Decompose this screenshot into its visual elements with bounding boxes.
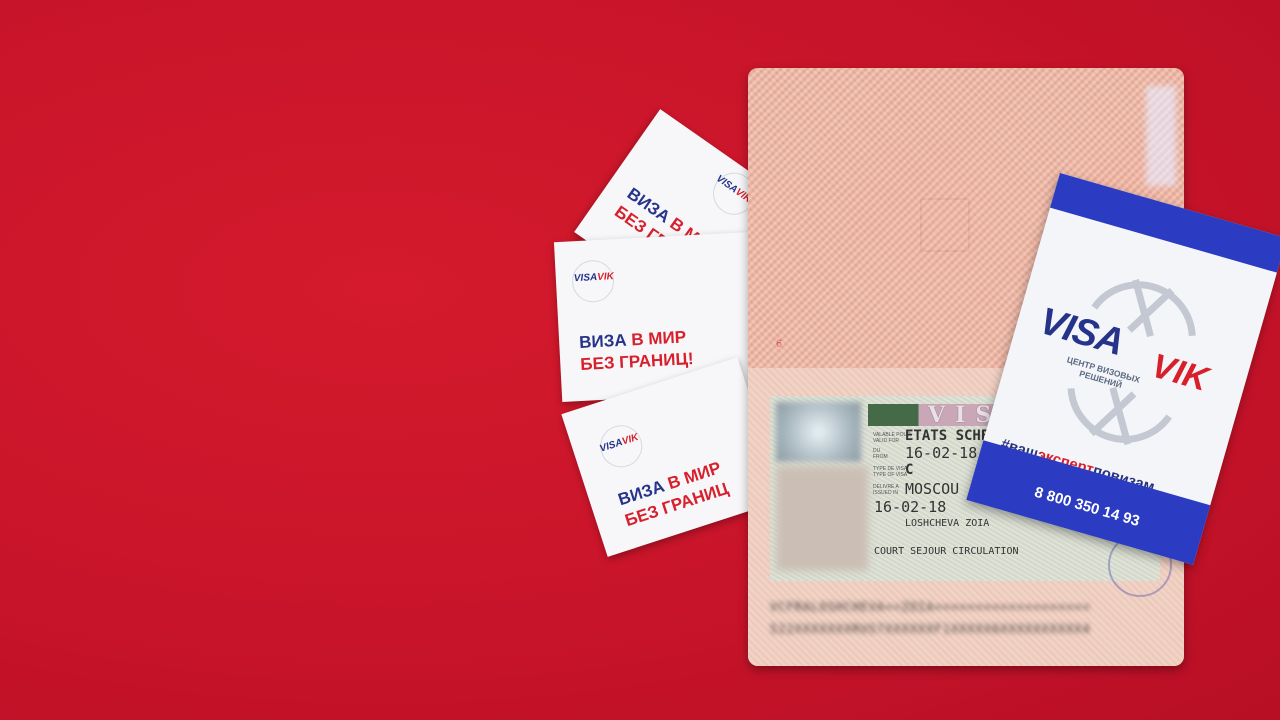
visa-hologram: [776, 402, 861, 462]
visa-remarks: COURT SEJOUR CIRCULATION: [874, 546, 1019, 557]
card-slogan-line1: ВИЗА В МИР: [579, 327, 687, 353]
holder-photo-blurred: [776, 466, 868, 571]
mrz-line-2: 522XXXXXXXRUS7XXXXXXF1XXXXX6XXXXXXXXXX4: [770, 622, 1091, 636]
visa-issued-in: MOSCOU: [905, 480, 959, 498]
visa-from-date: 16-02-18: [905, 444, 977, 462]
blurred-sticker: [1146, 86, 1176, 186]
visa-holder-name: LOSHCHEVA ZOIA: [905, 518, 989, 529]
card-slogan-line2: БЕЗ ГРАНИЦ!: [580, 349, 694, 375]
visa-type: C: [905, 462, 913, 478]
coat-of-arms-emblem: [836, 130, 1036, 320]
page-number: 6: [776, 338, 782, 350]
mrz-line-1: VCFRALOSHCHEVA<<ZOIA<<<<<<<<<<<<<<<<<<<: [770, 600, 1091, 614]
emblem-shield: [920, 198, 970, 252]
photo-scene: VISAVIK ВИЗА В МИР БЕЗ ГРАНИЦ! VISAVIK В…: [0, 0, 1280, 720]
visa-issue-date: 16-02-18: [874, 498, 946, 516]
card-logo: VISAVIK: [574, 271, 615, 284]
